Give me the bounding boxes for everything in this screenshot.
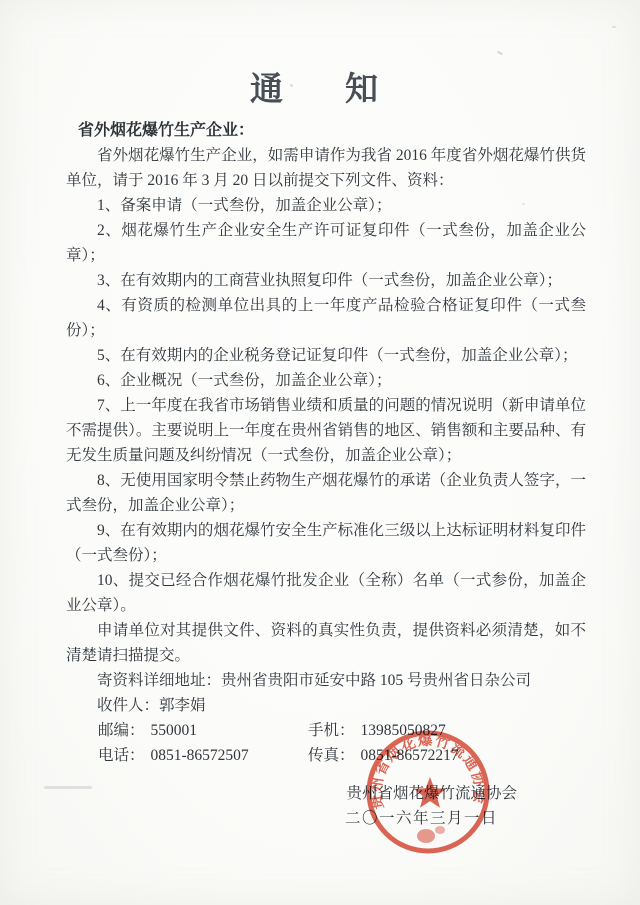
document-body: 通 知 省外烟花爆竹生产企业： 省外烟花爆竹生产企业，如需申请作为我省 2016… <box>0 0 640 905</box>
phone-label: 电话： <box>98 743 145 768</box>
recipient-line: 收件人：郭李娟 <box>66 693 586 718</box>
postcode-label: 邮编： <box>98 718 145 743</box>
list-item-4: 4、有资质的检测单位出具的上一年度产品检验合格证复印件（一式叁份）； <box>66 293 586 343</box>
signature-org: 贵州省烟花爆竹流通协会 <box>66 781 586 806</box>
mailing-address-line: 寄资料详细地址：贵州省贵阳市延安中路 105 号贵州省日杂公司 <box>66 668 586 693</box>
signature-block: 贵州省烟花爆竹流通协会 二〇一六年三月一日 <box>66 781 586 831</box>
postcode-field: 邮编： 550001 <box>98 718 308 743</box>
list-item-5: 5、在有效期内的企业税务登记证复印件（一式叁份，加盖企业公章）； <box>66 343 586 368</box>
phone-value: 0851-86572507 <box>151 743 249 768</box>
list-item-3: 3、在有效期内的工商营业执照复印件（一式叁份，加盖企业公章）； <box>66 268 586 293</box>
list-item-6: 6、企业概况（一式叁份，加盖企业公章）； <box>66 368 586 393</box>
intro-paragraph: 省外烟花爆竹生产企业，如需申请作为我省 2016 年度省外烟花爆竹供货单位，请于… <box>66 143 586 193</box>
scanned-notice-page: 通 知 省外烟花爆竹生产企业： 省外烟花爆竹生产企业，如需申请作为我省 2016… <box>0 0 640 905</box>
contact-row-2: 电话： 0851-86572507 传真： 0851-86572217 <box>66 743 586 768</box>
scan-speck <box>522 203 525 205</box>
signature-date: 二〇一六年三月一日 <box>66 806 586 831</box>
list-item-10: 10、提交已经合作烟花爆竹批发企业（全称）名单（一式参份，加盖企业公章）。 <box>66 568 586 618</box>
mobile-value: 13985050827 <box>361 718 446 743</box>
scan-speck <box>612 26 616 28</box>
salutation: 省外烟花爆竹生产企业： <box>66 118 586 143</box>
scan-speck <box>290 84 293 87</box>
fax-field: 传真： 0851-86572217 <box>308 743 459 768</box>
contact-row-1: 邮编： 550001 手机： 13985050827 <box>66 718 586 743</box>
fax-label: 传真： <box>308 743 355 768</box>
list-item-1: 1、备案申请（一式叁份，加盖企业公章）； <box>66 193 586 218</box>
mobile-label: 手机： <box>308 718 355 743</box>
list-item-7: 7、上一年度在我省市场销售业绩和质量的问题的情况说明（新申请单位不需提供）。主要… <box>66 393 586 468</box>
postcode-value: 550001 <box>151 718 198 743</box>
document-title: 通 知 <box>54 70 574 110</box>
list-item-9: 9、在有效期内的烟花爆竹安全生产标准化三级以上达标证明材料复印件（一式叁份）； <box>66 518 586 568</box>
list-item-2: 2、烟花爆竹生产企业安全生产许可证复印件（一式叁份，加盖企业公章）； <box>66 218 586 268</box>
scan-smudge <box>44 786 92 789</box>
title-char-right: 知 <box>345 70 378 110</box>
phone-field: 电话： 0851-86572507 <box>98 743 308 768</box>
mobile-field: 手机： 13985050827 <box>308 718 446 743</box>
list-item-8: 8、无使用国家明令禁止药物生产烟花爆竹的承诺（企业负责人签字，一式叁份，加盖企业… <box>66 468 586 518</box>
title-char-left: 通 <box>250 70 283 110</box>
closing-paragraph: 申请单位对其提供文件、资料的真实性负责，提供资料必须清楚，如不清楚请扫描提交。 <box>66 618 586 668</box>
fax-value: 0851-86572217 <box>361 743 459 768</box>
